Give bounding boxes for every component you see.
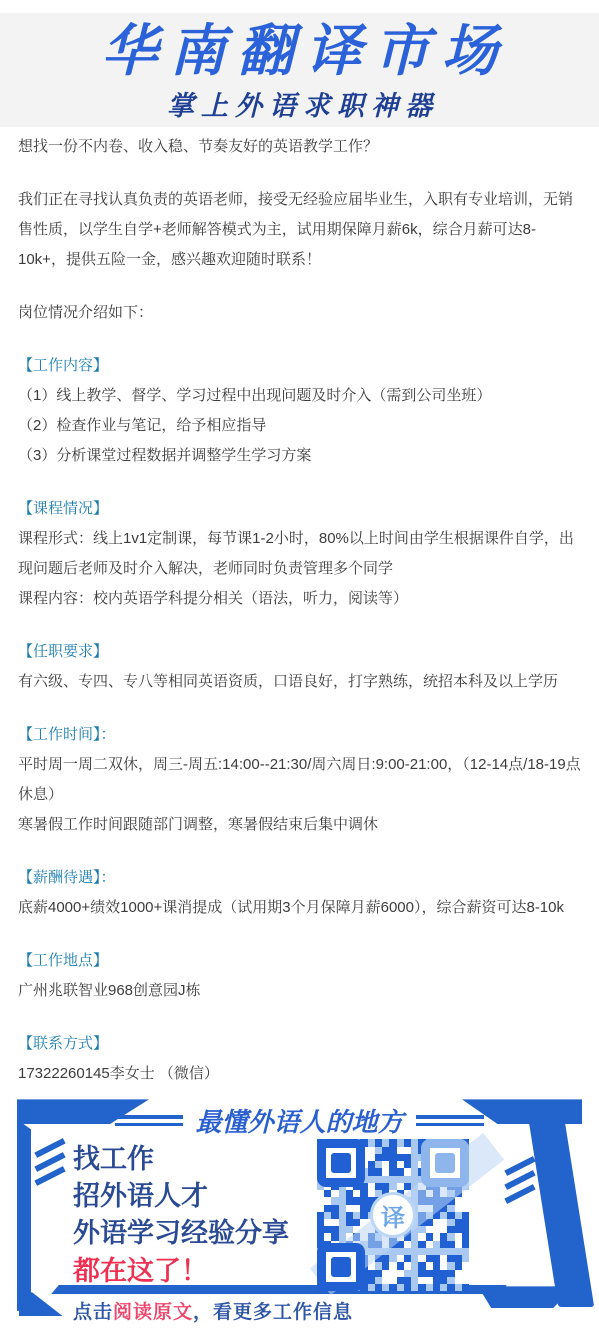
list-item-find-job: 找工作 (73, 1141, 289, 1178)
section-course-info: 【课程情况】 课程形式：线上1v1定制课，每节课1-2小时，80%以上时间由学生… (18, 494, 581, 614)
brand-subtitle: 掌上外语求职神器 (0, 84, 599, 123)
section-job-duties: 【工作内容】 （1）线上教学、督学、学习过程中出现问题及时介入（需到公司坐班） … (18, 351, 581, 471)
section-line: （3）分析课堂过程数据并调整学生学习方案 (18, 441, 581, 471)
list-item-learning-tips: 外语学习经验分享 (73, 1215, 289, 1252)
banner-caption: 点击阅读原文，看更多工作信息 (73, 1297, 353, 1324)
ribbon-bottom-left (19, 1292, 63, 1316)
section-line: 课程内容：校内英语学科提分相关（语法，听力，阅读等） (18, 584, 581, 614)
section-heading: 【工作时间】： (18, 720, 581, 750)
banner-title: 最懂外语人的地方 (195, 1102, 403, 1139)
section-heading: 【工作地点】 (18, 946, 581, 976)
list-item-recruit-talent: 招外语人才 (73, 1178, 289, 1215)
section-heading: 【联系方式】 (18, 1029, 581, 1059)
article-body: 想找一份不内卷、收入稳、节奏友好的英语教学工作？ 我们正在寻找认真负责的英语老师… (0, 132, 599, 1089)
contact-phone: 17322260145李女士 （微信） (18, 1059, 581, 1089)
section-line: 课程形式：线上1v1定制课，每节课1-2小时，80%以上时间由学生根据课件自学，… (18, 524, 581, 584)
qr-finder-top-right (421, 1139, 469, 1187)
section-line: （2）检查作业与笔记，给予相应指导 (18, 411, 581, 441)
section-line: （1）线上教学、督学、学习过程中出现问题及时介入（需到公司坐班） (18, 381, 581, 411)
intro-pitch: 我们正在寻找认真负责的英语老师，接受无经验应届毕业生，入职有专业培训，无销售性质… (18, 185, 581, 275)
qr-center-logo: 译 (370, 1192, 416, 1238)
qr-finder-bottom-left (317, 1243, 365, 1291)
double-line-decoration (416, 1115, 484, 1126)
footer-banner: 最懂外语人的地方 找工作 招外语人才 外语学习经验分享 都在这了！ 译 点击阅读… (17, 1099, 582, 1324)
intro-question: 想找一份不内卷、收入稳、节奏友好的英语教学工作？ (18, 132, 581, 162)
frame-right-bar (528, 1115, 594, 1307)
section-line: 有六级、专四、专八等相同英语资质，口语良好，打字熟练，统招本科及以上学历 (18, 667, 581, 697)
section-heading: 【薪酬待遇】： (18, 863, 581, 893)
brand-logo: 华南翻译市场 掌上外语求职神器 (0, 13, 599, 127)
caption-prefix: 点击 (73, 1302, 113, 1323)
section-heading: 【任职要求】 (18, 637, 581, 667)
section-heading: 【课程情况】 (18, 494, 581, 524)
qr-finder-top-left (317, 1139, 365, 1187)
banner-title-row: 最懂外语人的地方 (17, 1102, 582, 1139)
read-original-link[interactable]: 阅读原文 (113, 1302, 193, 1323)
caption-suffix: ，看更多工作信息 (193, 1302, 353, 1323)
brand-title: 华南翻译市场 (0, 19, 599, 83)
section-requirements: 【任职要求】 有六级、专四、专八等相同英语资质，口语良好，打字熟练，统招本科及以… (18, 637, 581, 697)
highlight-text: 都在这了！ (73, 1252, 289, 1290)
double-line-decoration (115, 1115, 183, 1126)
article-page: 华南翻译市场 掌上外语求职神器 想找一份不内卷、收入稳、节奏友好的英语教学工作？… (0, 0, 599, 1340)
section-heading: 【工作内容】 (18, 351, 581, 381)
banner-text-column: 找工作 招外语人才 外语学习经验分享 都在这了！ (73, 1141, 289, 1290)
section-salary: 【薪酬待遇】： 底薪4000+绩效1000+课消提成（试用期3个月保障月薪600… (18, 863, 581, 923)
intro-lead-in: 岗位情况介绍如下： (18, 298, 581, 328)
section-line: 底薪4000+绩效1000+课消提成（试用期3个月保障月薪6000），综合薪资可… (18, 893, 581, 923)
qr-code: 译 (317, 1139, 469, 1291)
section-location: 【工作地点】 广州兆联智业968创意园J栋 (18, 946, 581, 1006)
section-work-hours: 【工作时间】： 平时周一周二双休，周三-周五:14:00--21:30/周六周日… (18, 720, 581, 840)
section-line: 广州兆联智业968创意园J栋 (18, 976, 581, 1006)
frame-left-bar (17, 1119, 31, 1311)
section-line: 平时周一周二双休，周三-周五:14:00--21:30/周六周日:9:00-21… (18, 750, 581, 810)
section-contact: 【联系方式】 17322260145李女士 （微信） (18, 1029, 581, 1089)
section-line: 寒暑假工作时间跟随部门调整，寒暑假结束后集中调休 (18, 810, 581, 840)
